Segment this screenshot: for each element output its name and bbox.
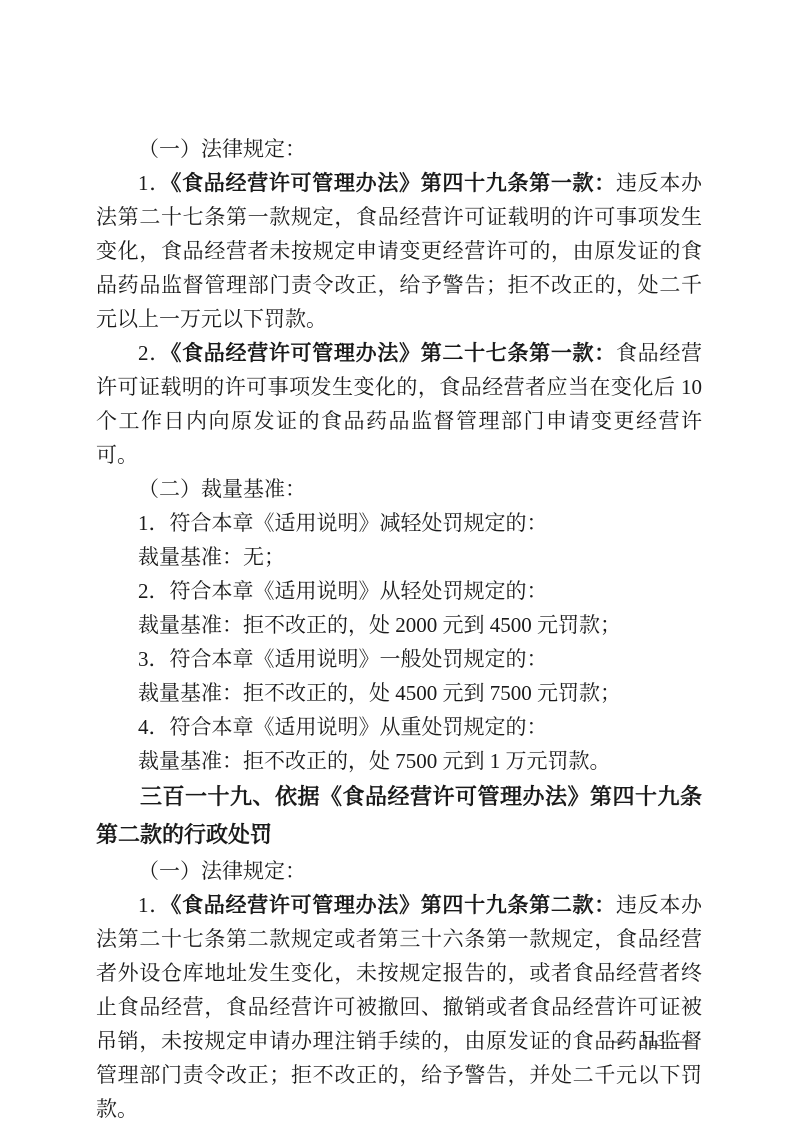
legal-item-319-1: 1．《食品经营许可管理办法》第四十九条第二款：违反本办法第二十七条第二款规定或者… xyxy=(96,888,702,1122)
document-page: （一）法律规定： 1．《食品经营许可管理办法》第四十九条第一款：违反本办法第二十… xyxy=(0,0,793,1122)
footer-right-dash: — xyxy=(675,1028,692,1054)
legal-basis-heading-319: （一）法律规定： xyxy=(96,854,702,888)
page-content: （一）法律规定： 1．《食品经营许可管理办法》第四十九条第一款：违反本办法第二十… xyxy=(96,132,702,1122)
law-citation: 《食品经营许可管理办法》第四十九条第二款： xyxy=(171,893,616,917)
discretion-condition-4: 4．符合本章《适用说明》从重处罚规定的： xyxy=(96,710,702,744)
legal-item-318-1: 1．《食品经营许可管理办法》第四十九条第一款：违反本办法第二十七条第一款规定，食… xyxy=(96,166,702,336)
law-provision-text: 违反本办法第二十七条第一款规定，食品经营许可证载明的许可事项发生变化，食品经营者… xyxy=(96,171,702,331)
legal-basis-heading-text: （一）法律规定： xyxy=(138,137,306,161)
legal-item-318-2: 2．《食品经营许可管理办法》第二十七条第一款：食品经营许可证载明的许可事项发生变… xyxy=(96,336,702,472)
discretion-standard-4: 裁量基准：拒不改正的，处 7500 元到 1 万元罚款。 xyxy=(96,744,702,778)
page-footer: —313— xyxy=(603,1028,703,1054)
discretion-condition-2: 2．符合本章《适用说明》从轻处罚规定的： xyxy=(96,574,702,608)
legal-basis-heading-text: （一）法律规定： xyxy=(138,859,306,883)
law-citation: 《食品经营许可管理办法》第二十七条第一款： xyxy=(171,341,616,365)
law-provision-text: 违反本办法第二十七条第二款规定或者第三十六条第一款规定，食品经营者外设仓库地址发… xyxy=(96,893,702,1121)
discretion-standard-1: 裁量基准：无； xyxy=(96,540,702,574)
footer-left-dash: — xyxy=(613,1028,630,1054)
law-citation: 《食品经营许可管理办法》第四十九条第一款： xyxy=(171,171,616,195)
discretion-condition-3: 3．符合本章《适用说明》一般处罚规定的： xyxy=(96,642,702,676)
section-319-heading: 三百一十九、依据《食品经营许可管理办法》第四十九条第二款的行政处罚 xyxy=(96,778,702,854)
discretion-standard-3: 裁量基准：拒不改正的，处 4500 元到 7500 元罚款； xyxy=(96,676,702,710)
item-number: 1． xyxy=(138,171,171,195)
discretion-heading-text: （二）裁量基准： xyxy=(138,477,306,501)
discretion-standard-2: 裁量基准：拒不改正的，处 2000 元到 4500 元罚款； xyxy=(96,608,702,642)
discretion-heading-318: （二）裁量基准： xyxy=(96,472,702,506)
item-number: 1． xyxy=(138,893,171,917)
page-number: 313 xyxy=(640,1031,666,1050)
item-number: 2． xyxy=(138,341,171,365)
legal-basis-heading-318: （一）法律规定： xyxy=(96,132,702,166)
discretion-condition-1: 1．符合本章《适用说明》减轻处罚规定的： xyxy=(96,506,702,540)
